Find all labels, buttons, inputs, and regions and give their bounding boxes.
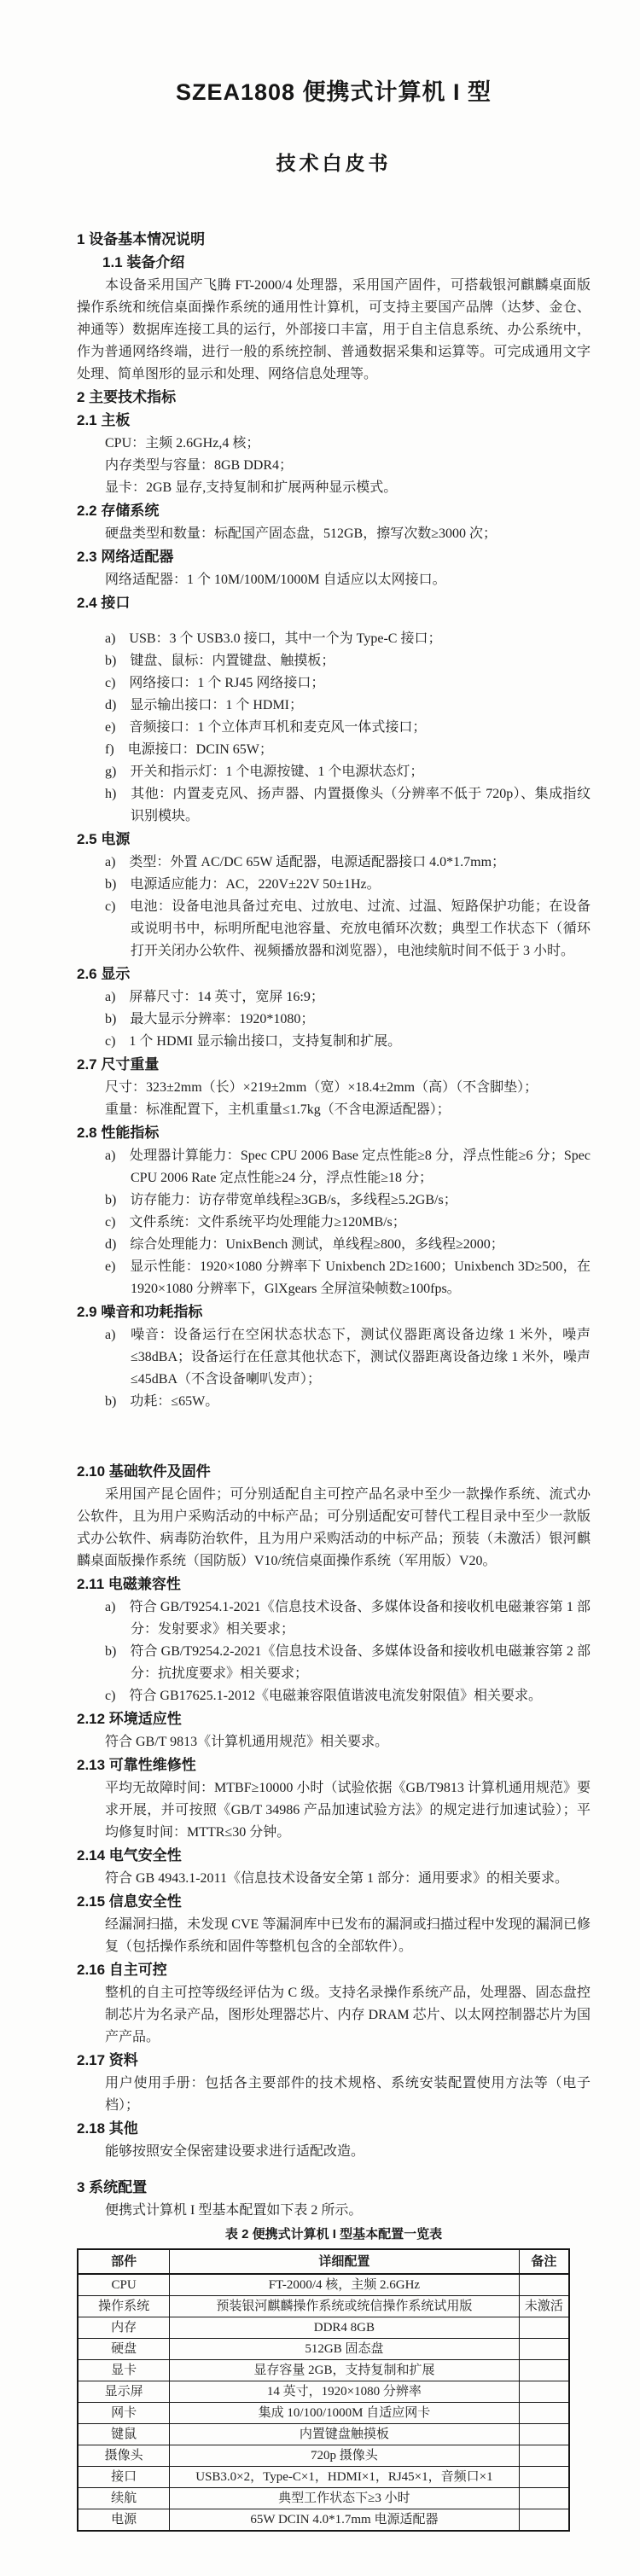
table-cell: 键鼠 (78, 2424, 170, 2445)
table-cell: DDR4 8GB (170, 2317, 520, 2339)
heading-2-15: 2.15 信息安全性 (77, 1891, 591, 1913)
heading-2-12: 2.12 环境适应性 (77, 1708, 591, 1730)
table-cell: 续航 (78, 2488, 170, 2509)
heading-2-1: 2.1 主板 (77, 410, 591, 432)
table-header-row: 部件 详细配置 备注 (78, 2249, 569, 2274)
heading-1-1: 1.1 装备介绍 (102, 252, 591, 274)
table-cell: USB3.0×2，Type-C×1，HDMI×1，RJ45×1，音频口×1 (170, 2467, 520, 2488)
list-item: f) 电源接口：DCIN 65W； (105, 739, 591, 761)
spec-line: 整机的自主可控等级经评估为 C 级。支持名录操作系统产品，处理器、固态盘控制芯片… (105, 1982, 591, 2049)
table-row: 键鼠内置键盘触摸板 (78, 2424, 569, 2445)
list-item: b) 最大显示分辨率：1920*1080； (105, 1009, 591, 1031)
list-item: d) 显示输出接口：1 个 HDMI； (105, 695, 591, 717)
spec-line: 重量：标准配置下，主机重量≤1.7kg（不含电源适配器）； (105, 1099, 591, 1121)
list-item: a) 类型：外置 AC/DC 65W 适配器，电源适配器接口 4.0*1.7mm… (105, 852, 591, 874)
table-header-cell: 详细配置 (170, 2249, 520, 2274)
table-cell: 接口 (78, 2467, 170, 2488)
heading-2-14: 2.14 电气安全性 (77, 1845, 591, 1867)
doc-title: SZEA1808 便携式计算机 I 型 (77, 77, 591, 108)
heading-2-11: 2.11 电磁兼容性 (77, 1573, 591, 1596)
list-item: e) 音频接口：1 个立体声耳机和麦克风一体式接口； (105, 717, 591, 739)
table-cell: FT-2000/4 核，主频 2.6GHz (170, 2274, 520, 2296)
table-header-cell: 备注 (519, 2249, 569, 2274)
config-table: 部件 详细配置 备注 CPUFT-2000/4 核，主频 2.6GHz 操作系统… (77, 2248, 570, 2532)
list-item: a) 处理器计算能力：Spec CPU 2006 Base 定点性能≥8 分，浮… (105, 1145, 591, 1189)
spec-line: 尺寸：323±2mm（长）×219±2mm（宽）×18.4±2mm（高）（不含脚… (105, 1077, 591, 1099)
table-cell (519, 2509, 569, 2532)
table-cell: 电源 (78, 2509, 170, 2532)
table-cell (519, 2339, 569, 2360)
table-cell: 显卡 (78, 2360, 170, 2381)
table-row: 操作系统预装银河麒麟操作系统或统信操作系统试用版未激活 (78, 2296, 569, 2317)
document-page: SZEA1808 便携式计算机 I 型 技术白皮书 1 设备基本情况说明 1.1… (0, 0, 640, 2576)
heading-2-5: 2.5 电源 (77, 829, 591, 851)
paragraph-intro: 本设备采用国产飞腾 FT-2000/4 处理器，采用国产固件，可搭载银河麒麟桌面… (77, 275, 591, 386)
spec-line: 内存类型与容量：8GB DDR4； (105, 455, 591, 477)
heading-2-18: 2.18 其他 (77, 2118, 591, 2140)
table-cell (519, 2381, 569, 2403)
heading-2-16: 2.16 自主可控 (77, 1959, 591, 1981)
table-cell: 内存 (78, 2317, 170, 2339)
heading-2-7: 2.7 尺寸重量 (77, 1054, 591, 1076)
table-caption: 表 2 便携式计算机 I 型基本配置一览表 (77, 2224, 591, 2246)
table-row: 电源65W DCIN 4.0*1.7mm 电源适配器 (78, 2509, 569, 2532)
list-item: c) 文件系统：文件系统平均处理能力≥120MB/s； (105, 1212, 591, 1234)
table-row: 网卡集成 10/100/1000M 自适应网卡 (78, 2403, 569, 2424)
table-cell (519, 2445, 569, 2467)
table-cell: 网卡 (78, 2403, 170, 2424)
list-item: b) 符合 GB/T9254.2-2021《信息技术设备、多媒体设备和接收机电磁… (105, 1641, 591, 1685)
table-row: 显示屏14 英寸，1920×1080 分辨率 (78, 2381, 569, 2403)
spec-line: 硬盘类型和数量：标配国产固态盘，512GB，擦写次数≥3000 次； (105, 523, 591, 545)
heading-2-3: 2.3 网络适配器 (77, 546, 591, 568)
spec-line: 网络适配器：1 个 10M/100M/1000M 自适应以太网接口。 (105, 569, 591, 591)
table-row: 摄像头720p 摄像头 (78, 2445, 569, 2467)
spec-line: 符合 GB/T 9813《计算机通用规范》相关要求。 (105, 1731, 591, 1753)
table-cell: 硬盘 (78, 2339, 170, 2360)
spec-line: 便携式计算机 I 型基本配置如下表 2 所示。 (105, 2200, 591, 2222)
table-row: 接口USB3.0×2，Type-C×1，HDMI×1，RJ45×1，音频口×1 (78, 2467, 569, 2488)
spec-line: CPU：主频 2.6GHz,4 核； (105, 433, 591, 455)
table-row: 续航典型工作状态下≥3 小时 (78, 2488, 569, 2509)
paragraph: 采用国产昆仑固件；可分别适配自主可控产品名录中至少一款操作系统、流式办公软件，且… (77, 1484, 591, 1573)
list-item: a) USB：3 个 USB3.0 接口，其中一个为 Type-C 接口； (105, 628, 591, 650)
list-item: a) 符合 GB/T9254.1-2021《信息技术设备、多媒体设备和接收机电磁… (105, 1596, 591, 1641)
heading-2-6: 2.6 显示 (77, 963, 591, 986)
list-item: a) 屏幕尺寸：14 英寸，宽屏 16:9； (105, 986, 591, 1009)
heading-3: 3 系统配置 (77, 2177, 591, 2199)
table-cell (519, 2274, 569, 2296)
table-cell: 65W DCIN 4.0*1.7mm 电源适配器 (170, 2509, 520, 2532)
spec-line: 显卡：2GB 显存,支持复制和扩展两种显示模式。 (105, 477, 591, 499)
table-cell (519, 2467, 569, 2488)
list-item: g) 开关和指示灯：1 个电源按键、1 个电源状态灯； (105, 761, 591, 783)
table-cell (519, 2488, 569, 2509)
table-cell: 未激活 (519, 2296, 569, 2317)
list-item: c) 电池：设备电池具备过充电、过放电、过流、过温、短路保护功能；在设备或说明书… (105, 896, 591, 962)
table-cell: 显存容量 2GB，支持复制和扩展 (170, 2360, 520, 2381)
table-cell: 内置键盘触摸板 (170, 2424, 520, 2445)
table-cell: 显示屏 (78, 2381, 170, 2403)
list-item: a) 噪音：设备运行在空闲状态状态下，测试仪器距离设备边缘 1 米外，噪声≤38… (105, 1324, 591, 1391)
table-cell: 摄像头 (78, 2445, 170, 2467)
table-row: 内存DDR4 8GB (78, 2317, 569, 2339)
list-item: c) 1 个 HDMI 显示输出接口，支持复制和扩展。 (105, 1031, 591, 1053)
list-item: c) 网络接口：1 个 RJ45 网络接口； (105, 672, 591, 695)
heading-2-9: 2.9 噪音和功耗指标 (77, 1301, 591, 1323)
list-item: h) 其他：内置麦克风、扬声器、内置摄像头（分辨率不低于 720p）、集成指纹识… (105, 783, 591, 828)
heading-2-2: 2.2 存储系统 (77, 500, 591, 522)
heading-2-13: 2.13 可靠性维修性 (77, 1754, 591, 1776)
table-cell (519, 2317, 569, 2339)
table-cell: 典型工作状态下≥3 小时 (170, 2488, 520, 2509)
list-item: b) 键盘、鼠标：内置键盘、触摸板； (105, 650, 591, 672)
heading-2: 2 主要技术指标 (77, 387, 591, 409)
spec-line: 经漏洞扫描，未发现 CVE 等漏洞库中已发布的漏洞或扫描过程中发现的漏洞已修复（… (105, 1914, 591, 1958)
list-item: b) 访存能力：访存带宽单线程≥3GB/s，多线程≥5.2GB/s； (105, 1189, 591, 1212)
list-item: e) 显示性能：1920×1080 分辨率下 Unixbench 2D≥1600… (105, 1256, 591, 1300)
table-cell: 14 英寸，1920×1080 分辨率 (170, 2381, 520, 2403)
heading-2-10: 2.10 基础软件及固件 (77, 1461, 591, 1483)
table-header-cell: 部件 (78, 2249, 170, 2274)
spec-line: 用户使用手册：包括各主要部件的技术规格、系统安装配置使用方法等（电子档）； (105, 2073, 591, 2117)
spec-line: 平均无故障时间：MTBF≥10000 小时（试验依据《GB/T9813 计算机通… (105, 1777, 591, 1844)
heading-2-4: 2.4 接口 (77, 592, 591, 614)
table-row: 显卡显存容量 2GB，支持复制和扩展 (78, 2360, 569, 2381)
table-cell (519, 2403, 569, 2424)
table-row: 硬盘512GB 固态盘 (78, 2339, 569, 2360)
table-cell (519, 2424, 569, 2445)
list-item: d) 综合处理能力：UnixBench 测试，单线程≥800，多线程≥2000； (105, 1234, 591, 1256)
table-cell: 操作系统 (78, 2296, 170, 2317)
table-cell: 预装银河麒麟操作系统或统信操作系统试用版 (170, 2296, 520, 2317)
table-cell: CPU (78, 2274, 170, 2296)
heading-2-8: 2.8 性能指标 (77, 1122, 591, 1144)
table-cell (519, 2360, 569, 2381)
table-row: CPUFT-2000/4 核，主频 2.6GHz (78, 2274, 569, 2296)
list-item: b) 电源适应能力：AC，220V±22V 50±1Hz。 (105, 874, 591, 896)
heading-2-17: 2.17 资料 (77, 2050, 591, 2072)
heading-1: 1 设备基本情况说明 (77, 229, 591, 251)
table-cell: 集成 10/100/1000M 自适应网卡 (170, 2403, 520, 2424)
table-cell: 512GB 固态盘 (170, 2339, 520, 2360)
spec-line: 能够按照安全保密建设要求进行适配改造。 (105, 2141, 591, 2163)
table-cell: 720p 摄像头 (170, 2445, 520, 2467)
list-item: c) 符合 GB17625.1-2012《电磁兼容限值谐波电流发射限值》相关要求… (105, 1685, 591, 1707)
spec-line: 符合 GB 4943.1-2011《信息技术设备安全第 1 部分：通用要求》的相… (105, 1868, 591, 1890)
list-item: b) 功耗：≤65W。 (105, 1391, 591, 1413)
doc-subtitle: 技术白皮书 (77, 150, 591, 176)
